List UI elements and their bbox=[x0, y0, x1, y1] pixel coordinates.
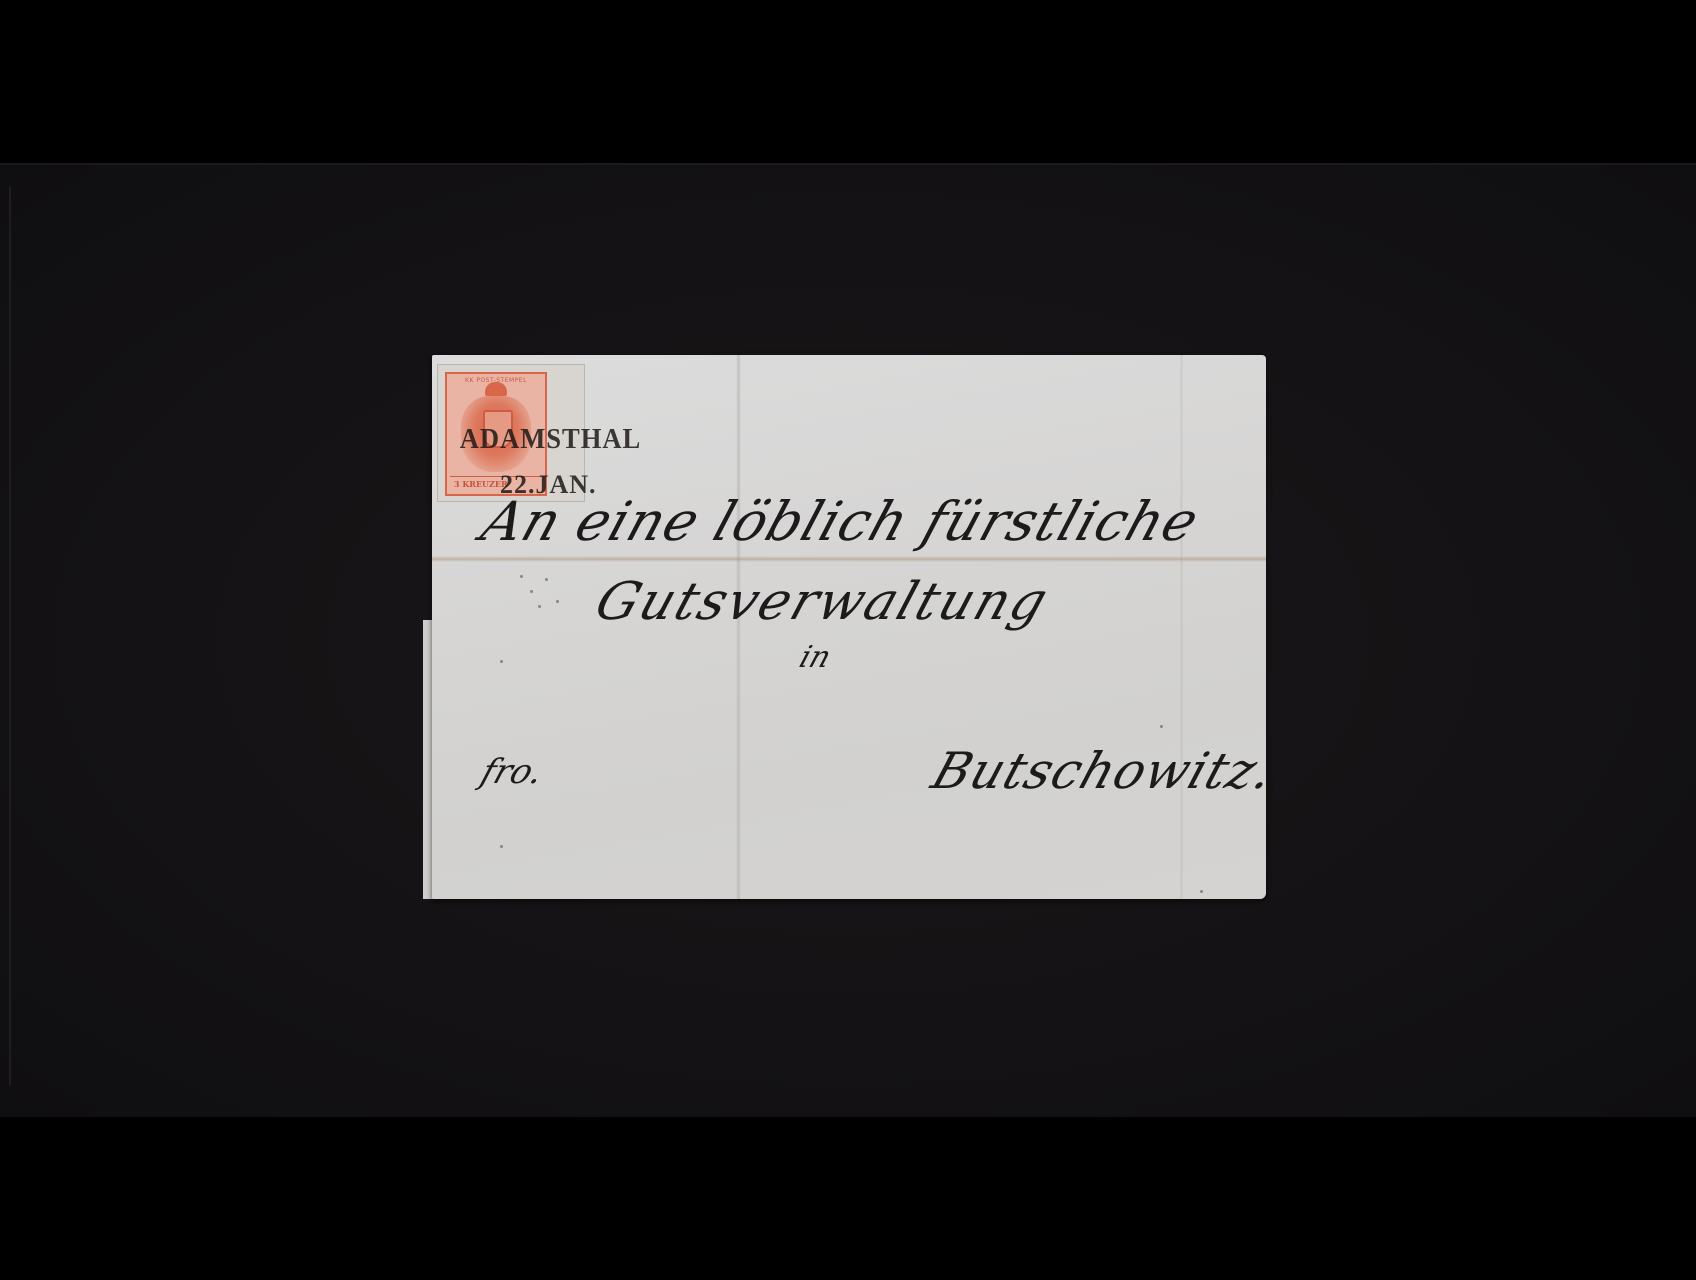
letterbox-bottom-band bbox=[0, 1117, 1696, 1280]
paper-speck bbox=[500, 660, 503, 663]
paper-speck bbox=[556, 600, 559, 603]
vertical-fold-line bbox=[1180, 355, 1183, 899]
paper-speck bbox=[538, 605, 541, 608]
paper-speck bbox=[1200, 890, 1203, 893]
letterbox-top-band bbox=[0, 0, 1696, 163]
paper-speck bbox=[530, 590, 533, 593]
postmark-town: ADAMSTHAL bbox=[460, 424, 641, 456]
address-line-1: An eine löblich fürstliche bbox=[474, 490, 1207, 553]
address-city: Butschowitz. bbox=[925, 742, 1282, 800]
paper-speck bbox=[520, 575, 523, 578]
paper-speck bbox=[545, 578, 548, 581]
backdrop-edge bbox=[0, 163, 1696, 165]
address-line-2: Gutsverwaltung bbox=[588, 572, 1056, 632]
crown-icon bbox=[485, 382, 507, 396]
backdrop-edge bbox=[9, 186, 11, 1086]
paper-speck bbox=[1160, 725, 1163, 728]
paper-speck bbox=[500, 845, 503, 848]
horizontal-fold-line bbox=[432, 556, 1266, 562]
franco-note: fro. bbox=[476, 752, 549, 792]
